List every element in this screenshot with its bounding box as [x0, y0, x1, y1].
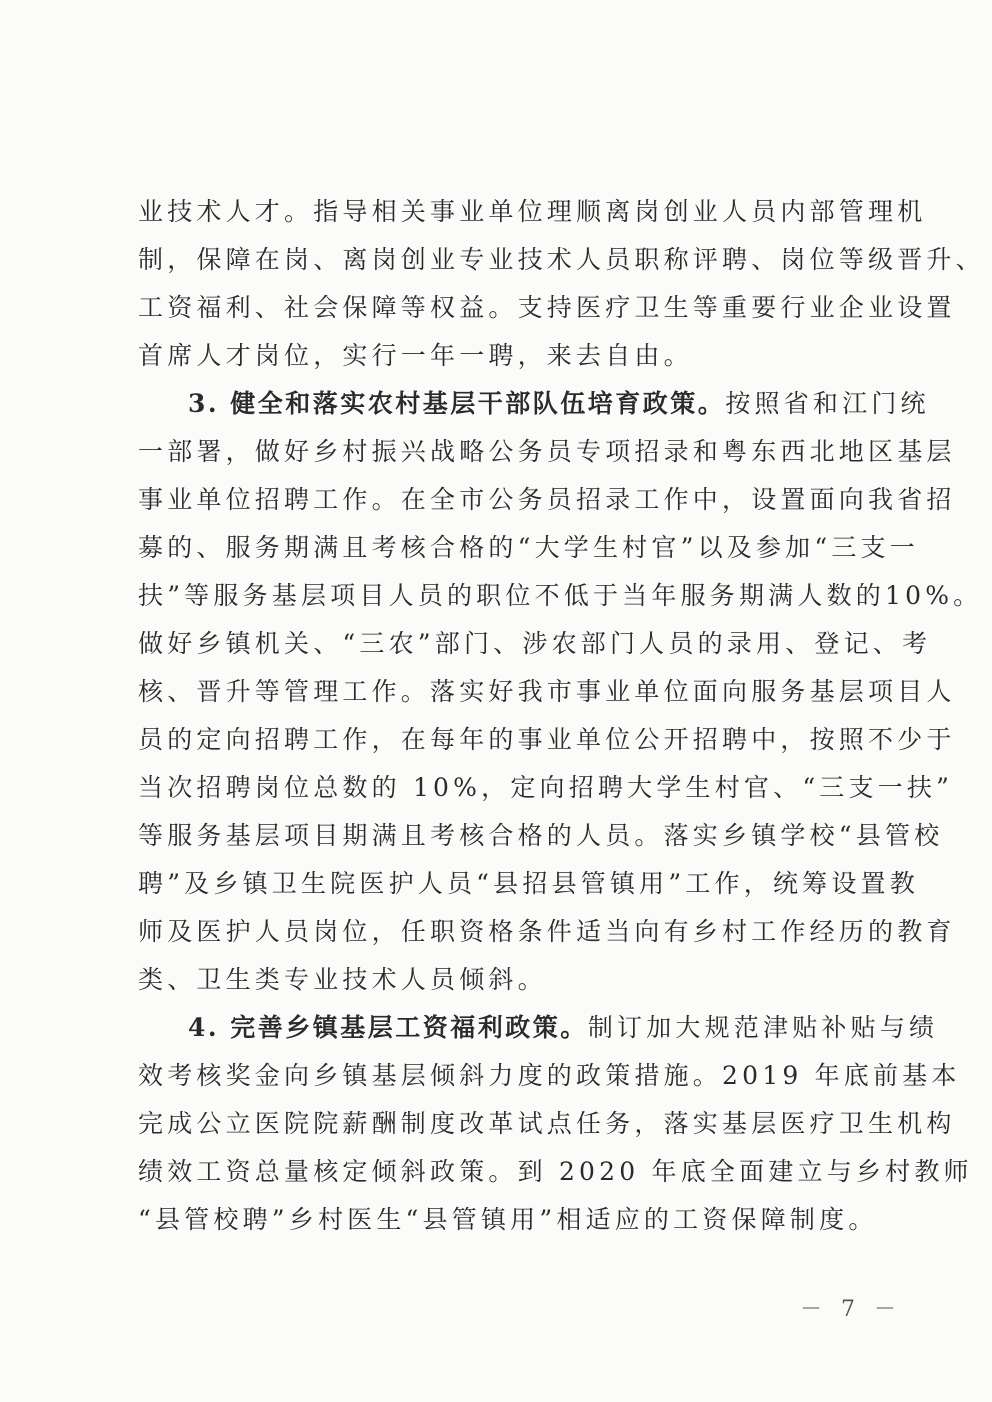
paragraph-2-line-6: 做好乡镇机关、“三农”部门、涉农部门人员的录用、登记、考 [138, 629, 868, 659]
section-3-heading: 3. 健全和落实农村基层干部队伍培育政策。 [188, 389, 725, 418]
document-page: 业技术人才。指导相关事业单位理顺离岗创业人员内部管理机 制，保障在岗、离岗创业专… [0, 0, 992, 1402]
paragraph-2-line-11: 聘”及乡镇卫生院医护人员“县招县管镇用”工作，统筹设置教 [138, 869, 868, 899]
paragraph-1-line-3: 工资福利、社会保障等权益。支持医疗卫生等重要行业企业设置 [138, 293, 868, 323]
paragraph-2-line-10: 等服务基层项目期满且考核合格的人员。落实乡镇学校“县管校 [138, 821, 868, 851]
paragraph-3-line-4: 绩效工资总量核定倾斜政策。到 2020 年底全面建立与乡村教师 [138, 1157, 868, 1187]
paragraph-3-line-2: 效考核奖金向乡镇基层倾斜力度的政策措施。2019 年底前基本 [138, 1061, 868, 1091]
paragraph-1-line-2: 制，保障在岗、离岗创业专业技术人员职称评聘、岗位等级晋升、 [138, 245, 868, 275]
paragraph-1-line-1: 业技术人才。指导相关事业单位理顺离岗创业人员内部管理机 [138, 197, 868, 227]
paragraph-3-line-3: 完成公立医院院薪酬制度改革试点任务，落实基层医疗卫生机构 [138, 1109, 868, 1139]
paragraph-2-line-5: 扶”等服务基层项目人员的职位不低于当年服务期满人数的10%。 [138, 581, 868, 611]
paragraph-2-first-line: 3. 健全和落实农村基层干部队伍培育政策。按照省和江门统 [188, 389, 868, 419]
paragraph-2-line-3: 事业单位招聘工作。在全市公务员招录工作中，设置面向我省招 [138, 485, 868, 515]
paragraph-2-line-9: 当次招聘岗位总数的 10%，定向招聘大学生村官、“三支一扶” [138, 773, 868, 803]
paragraph-2-line-4: 募的、服务期满且考核合格的“大学生村官”以及参加“三支一 [138, 533, 868, 563]
paragraph-3-first-line: 4. 完善乡镇基层工资福利政策。制订加大规范津贴补贴与绩 [188, 1013, 868, 1043]
section-4-first-line-rest: 制订加大规范津贴补贴与绩 [588, 1013, 938, 1042]
paragraph-2-line-12: 师及医护人员岗位，任职资格条件适当向有乡村工作经历的教育 [138, 917, 868, 947]
paragraph-2-line-13: 类、卫生类专业技术人员倾斜。 [138, 965, 868, 995]
paragraph-1-line-4: 首席人才岗位，实行一年一聘，来去自由。 [138, 341, 868, 371]
section-4-heading: 4. 完善乡镇基层工资福利政策。 [188, 1013, 588, 1042]
paragraph-2-line-7: 核、晋升等管理工作。落实好我市事业单位面向服务基层项目人 [138, 677, 868, 707]
page-number: － 7 － [800, 1296, 902, 1324]
paragraph-3-line-5: “县管校聘”乡村医生“县管镇用”相适应的工资保障制度。 [138, 1205, 868, 1235]
paragraph-2-line-2: 一部署，做好乡村振兴战略公务员专项招录和粤东西北地区基层 [138, 437, 868, 467]
paragraph-2-line-8: 员的定向招聘工作，在每年的事业单位公开招聘中，按照不少于 [138, 725, 868, 755]
section-3-first-line-rest: 按照省和江门统 [725, 389, 929, 418]
